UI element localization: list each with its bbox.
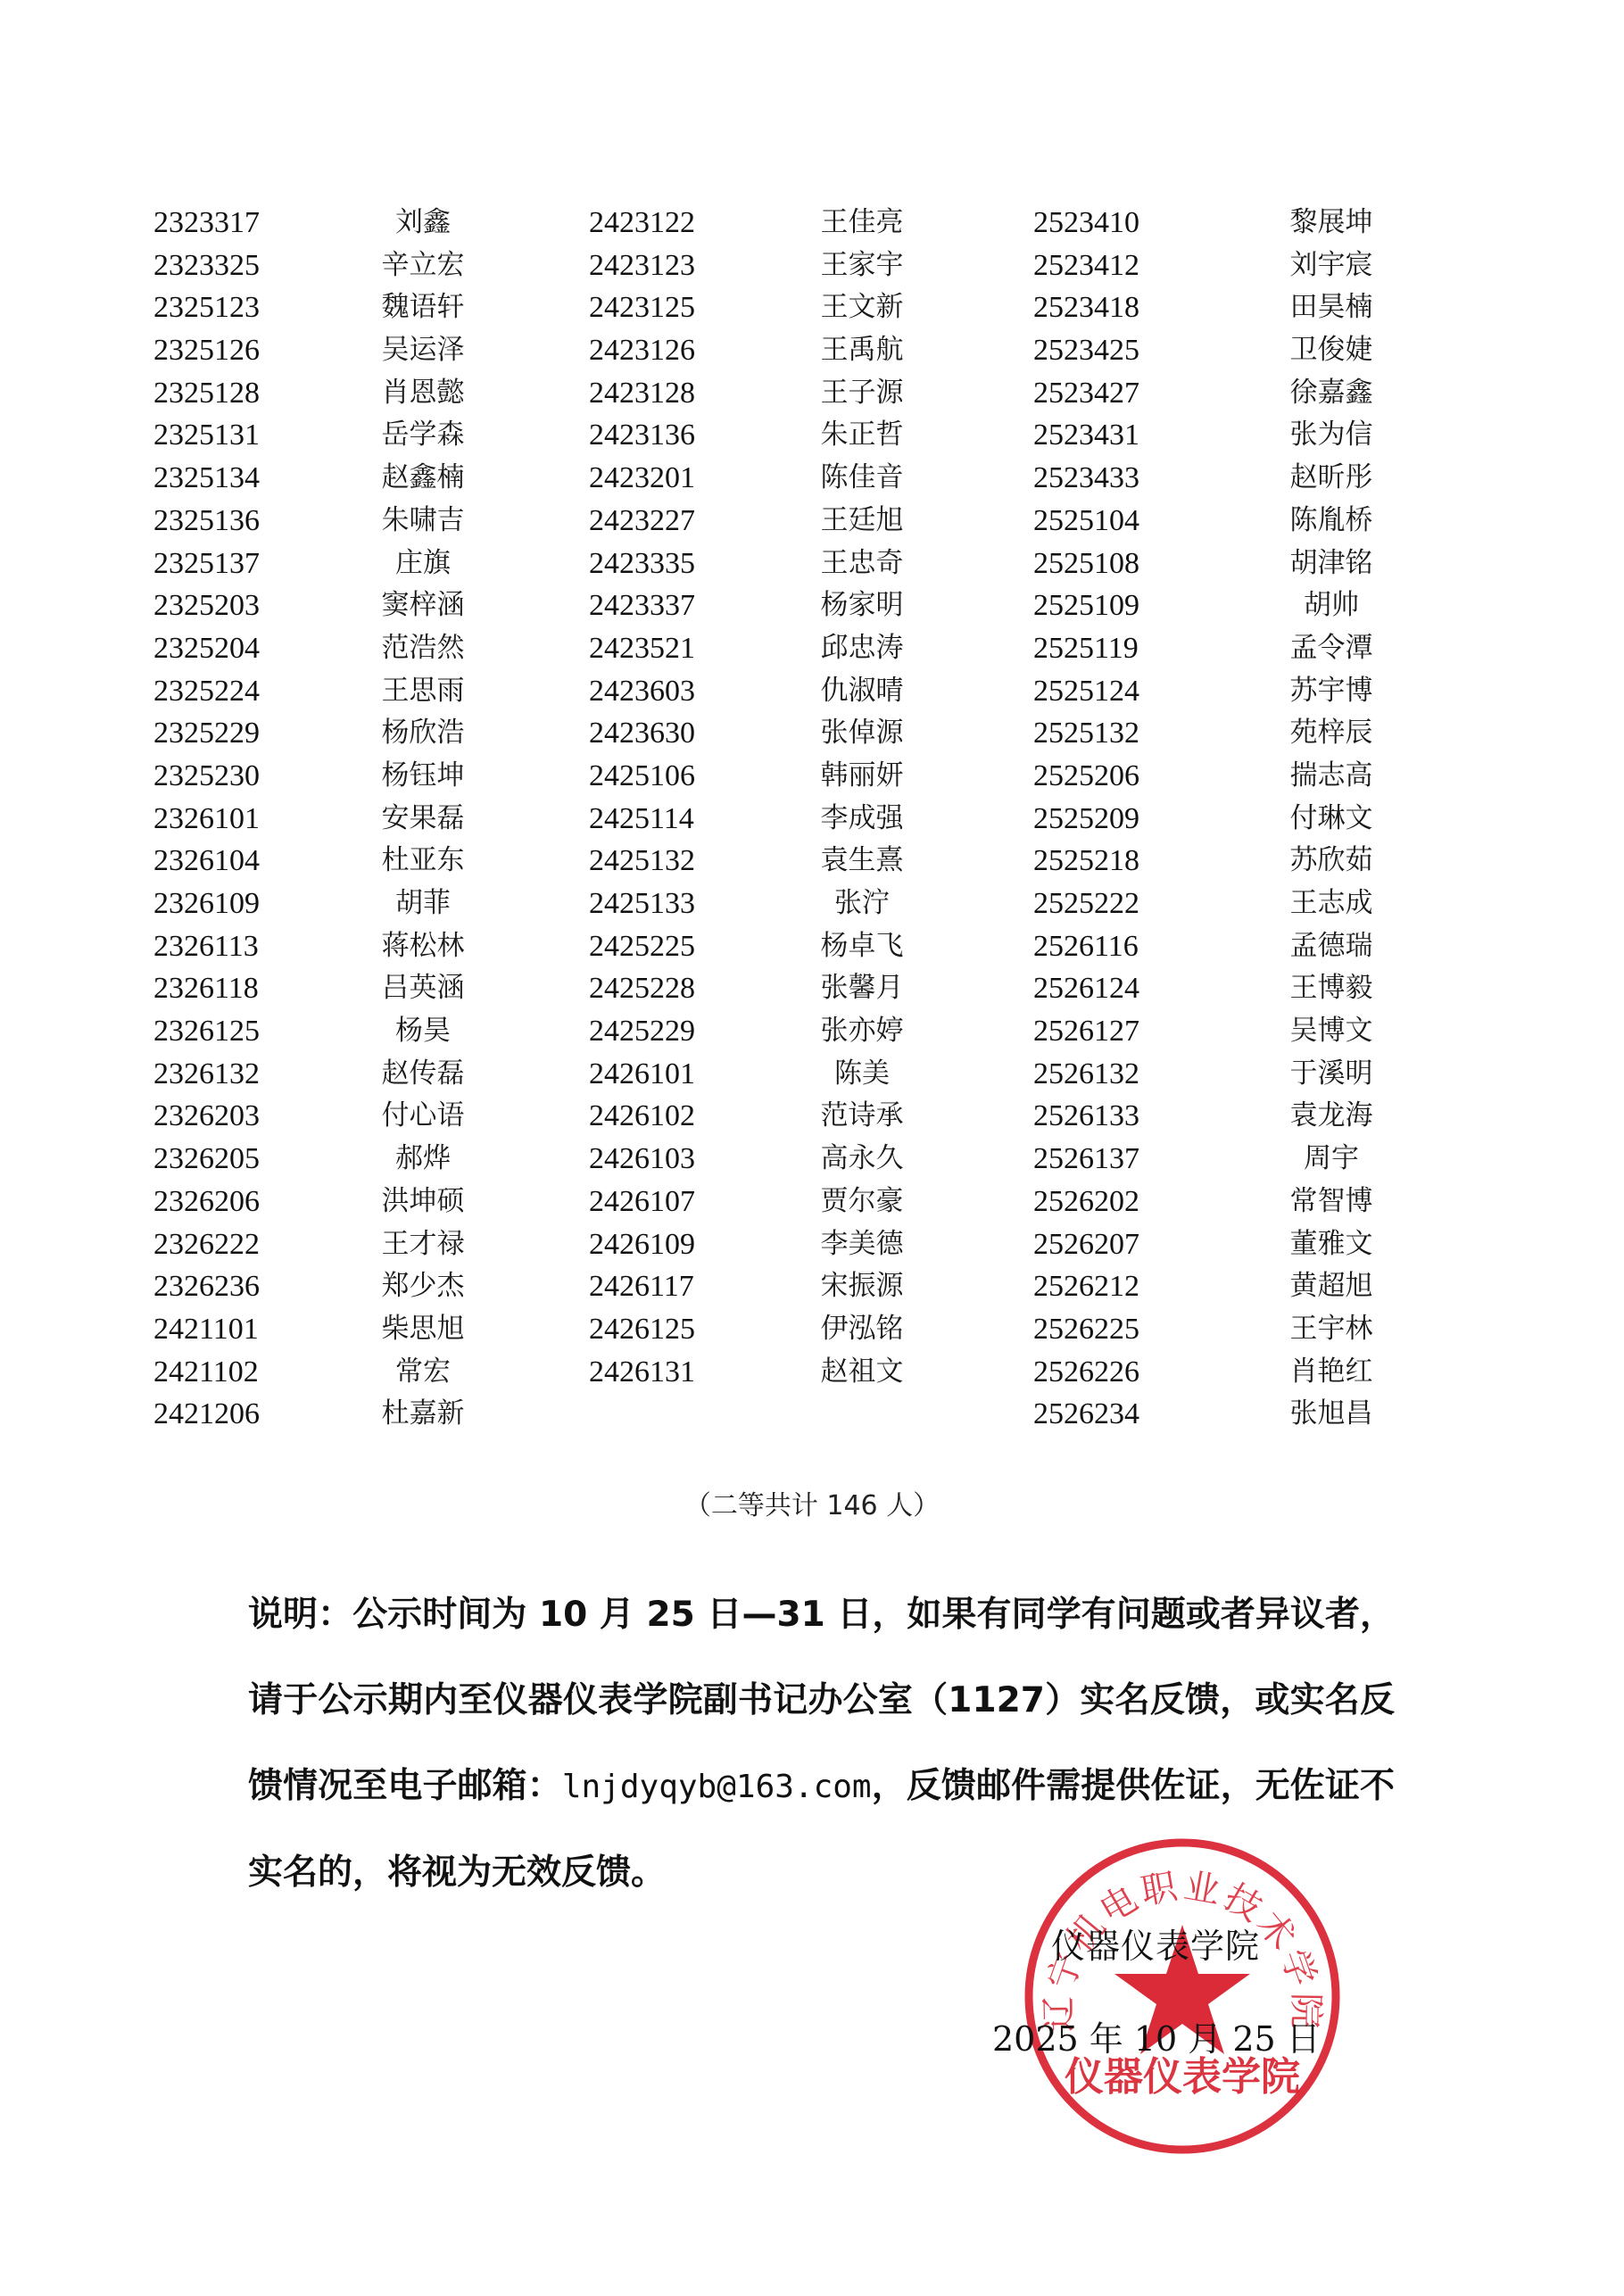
student-id: 2523425 <box>1033 329 1139 372</box>
student-name: 黎展坤 <box>1233 202 1429 245</box>
student-id: 2326113 <box>153 925 259 968</box>
student-name: 王廷旭 <box>764 500 960 543</box>
student-name: 揣志高 <box>1233 755 1429 798</box>
student-name: 张为信 <box>1233 414 1429 457</box>
student-name: 伊泓铭 <box>764 1308 960 1351</box>
student-name: 杨欣浩 <box>325 712 521 755</box>
student-name: 陈胤桥 <box>1233 500 1429 543</box>
student-name: 王博毅 <box>1233 967 1429 1010</box>
student-name: 黄超旭 <box>1233 1265 1429 1308</box>
student-id: 2423201 <box>589 457 695 500</box>
student-id: 2323325 <box>153 245 260 287</box>
svg-text:仪器仪表学院: 仪器仪表学院 <box>1065 2054 1300 2100</box>
student-id: 2325224 <box>153 670 260 713</box>
student-name: 魏语轩 <box>325 286 521 329</box>
student-name: 王文新 <box>764 286 960 329</box>
signature-organization: 仪器仪表学院 <box>1051 1919 1260 1968</box>
student-id: 2325204 <box>153 627 260 670</box>
student-id: 2525209 <box>1033 798 1139 841</box>
student-name: 于溪明 <box>1233 1053 1429 1096</box>
student-id: 2421101 <box>153 1308 259 1351</box>
student-name: 赵祖文 <box>764 1351 960 1394</box>
student-id: 2421206 <box>153 1393 260 1436</box>
student-name: 韩丽妍 <box>764 755 960 798</box>
student-id: 2423335 <box>589 543 695 585</box>
student-id: 2526124 <box>1033 967 1139 1010</box>
student-id: 2426117 <box>589 1265 694 1308</box>
student-id: 2326101 <box>153 798 260 841</box>
student-name: 仇淑晴 <box>764 670 960 713</box>
student-name: 赵昕彤 <box>1233 457 1429 500</box>
student-name: 朱啸吉 <box>325 500 521 543</box>
student-id: 2423521 <box>589 627 695 670</box>
official-seal-stamp: 辽宁机电职业技术学院 仪器仪表学院 <box>1017 1831 1347 2161</box>
student-name: 杜嘉新 <box>325 1393 521 1436</box>
student-name: 王思雨 <box>325 670 521 713</box>
student-name: 杨卓飞 <box>764 925 960 968</box>
student-id: 2326206 <box>153 1181 260 1223</box>
student-name: 安果磊 <box>325 798 521 841</box>
student-id: 2423122 <box>589 202 695 245</box>
student-id: 2425114 <box>589 798 694 841</box>
student-id: 2526226 <box>1033 1351 1139 1394</box>
student-id: 2525218 <box>1033 840 1139 883</box>
student-id: 2423128 <box>589 372 695 415</box>
student-id: 2525132 <box>1033 712 1139 755</box>
student-id: 2526132 <box>1033 1053 1139 1096</box>
student-name: 胡津铭 <box>1233 543 1429 585</box>
student-id: 2326205 <box>153 1138 260 1181</box>
student-name: 胡帅 <box>1233 584 1429 627</box>
student-id: 2526207 <box>1033 1223 1139 1266</box>
student-name: 辛立宏 <box>325 245 521 287</box>
student-name: 袁生熹 <box>764 840 960 883</box>
student-name: 胡菲 <box>325 883 521 925</box>
student-id: 2526225 <box>1033 1308 1139 1351</box>
student-id: 2426125 <box>589 1308 695 1351</box>
student-id: 2325128 <box>153 372 260 415</box>
student-id: 2326203 <box>153 1095 260 1138</box>
student-name: 周宇 <box>1233 1138 1429 1181</box>
student-name: 王佳亮 <box>764 202 960 245</box>
student-name: 吴博文 <box>1233 1010 1429 1053</box>
student-id: 2425225 <box>589 925 695 968</box>
student-id: 2425229 <box>589 1010 695 1053</box>
student-id: 2326118 <box>153 967 259 1010</box>
student-name: 张倬源 <box>764 712 960 755</box>
student-id: 2423123 <box>589 245 695 287</box>
student-id: 2326132 <box>153 1053 260 1096</box>
student-id: 2423136 <box>589 414 695 457</box>
student-id: 2425132 <box>589 840 695 883</box>
student-name: 郝烨 <box>325 1138 521 1181</box>
student-id: 2523433 <box>1033 457 1139 500</box>
total-count-label: （二等共计 146 人） <box>0 1483 1624 1522</box>
student-id: 2323317 <box>153 202 260 245</box>
student-name: 刘宇宸 <box>1233 245 1429 287</box>
student-name: 王志成 <box>1233 883 1429 925</box>
student-name: 郑少杰 <box>325 1265 521 1308</box>
student-id: 2523412 <box>1033 245 1139 287</box>
student-id: 2423126 <box>589 329 695 372</box>
feedback-email-link[interactable]: lnjdyqyb@163.com <box>562 1769 872 1805</box>
student-id: 2326236 <box>153 1265 260 1308</box>
student-name: 柴思旭 <box>325 1308 521 1351</box>
student-name: 李成强 <box>764 798 960 841</box>
student-id: 2526212 <box>1033 1265 1139 1308</box>
student-name: 苏宇博 <box>1233 670 1429 713</box>
student-id: 2526234 <box>1033 1393 1139 1436</box>
student-name: 苏欣茹 <box>1233 840 1429 883</box>
student-id: 2426102 <box>589 1095 695 1138</box>
student-name: 刘鑫 <box>325 202 521 245</box>
student-id: 2425133 <box>589 883 695 925</box>
student-name: 付琳文 <box>1233 798 1429 841</box>
student-id: 2325203 <box>153 584 260 627</box>
student-id: 2325136 <box>153 500 260 543</box>
student-id: 2526116 <box>1033 925 1139 968</box>
student-name: 洪坤硕 <box>325 1181 521 1223</box>
student-id: 2523418 <box>1033 286 1139 329</box>
student-name: 赵传磊 <box>325 1053 521 1096</box>
student-name: 赵鑫楠 <box>325 457 521 500</box>
student-id: 2423630 <box>589 712 695 755</box>
student-id: 2325229 <box>153 712 260 755</box>
student-id: 2426101 <box>589 1053 695 1096</box>
student-id: 2423125 <box>589 286 695 329</box>
student-name: 杨昊 <box>325 1010 521 1053</box>
student-name: 蒋松林 <box>325 925 521 968</box>
student-name: 苑梓辰 <box>1233 712 1429 755</box>
student-id: 2525206 <box>1033 755 1139 798</box>
student-id: 2325131 <box>153 414 260 457</box>
signature-date: 2025 年 10 月 25 日 <box>992 2011 1321 2060</box>
student-name: 孟德瑞 <box>1233 925 1429 968</box>
student-id: 2525109 <box>1033 584 1139 627</box>
student-name: 王家宇 <box>764 245 960 287</box>
student-name: 范诗承 <box>764 1095 960 1138</box>
student-id: 2421102 <box>153 1351 259 1394</box>
student-name: 孟令潭 <box>1233 627 1429 670</box>
document-page: 2323317刘鑫2323325辛立宏2325123魏语轩2325126吴运泽2… <box>0 0 1624 2296</box>
student-name: 肖艳红 <box>1233 1351 1429 1394</box>
student-id: 2326109 <box>153 883 260 925</box>
student-id: 2525222 <box>1033 883 1139 925</box>
student-id: 2526137 <box>1033 1138 1139 1181</box>
student-id: 2423337 <box>589 584 695 627</box>
student-name: 王宇林 <box>1233 1308 1429 1351</box>
student-name: 范浩然 <box>325 627 521 670</box>
student-id: 2426107 <box>589 1181 695 1223</box>
student-id: 2426109 <box>589 1223 695 1266</box>
student-name: 庄旗 <box>325 543 521 585</box>
student-id: 2325126 <box>153 329 260 372</box>
student-name: 张馨月 <box>764 967 960 1010</box>
student-id: 2426103 <box>589 1138 695 1181</box>
student-name: 吴运泽 <box>325 329 521 372</box>
student-id: 2525124 <box>1033 670 1139 713</box>
student-name: 付心语 <box>325 1095 521 1138</box>
student-name: 徐嘉鑫 <box>1233 372 1429 415</box>
student-id: 2425106 <box>589 755 695 798</box>
student-name: 肖恩懿 <box>325 372 521 415</box>
student-name: 李美德 <box>764 1223 960 1266</box>
student-id: 2525108 <box>1033 543 1139 585</box>
student-id: 2325134 <box>153 457 260 500</box>
student-name: 田昊楠 <box>1233 286 1429 329</box>
student-name: 杜亚东 <box>325 840 521 883</box>
student-name: 卫俊婕 <box>1233 329 1429 372</box>
student-name: 王子源 <box>764 372 960 415</box>
student-name: 王忠奇 <box>764 543 960 585</box>
student-name: 王才禄 <box>325 1223 521 1266</box>
student-name: 高永久 <box>764 1138 960 1181</box>
student-id: 2523427 <box>1033 372 1139 415</box>
student-id: 2326125 <box>153 1010 260 1053</box>
student-id: 2423227 <box>589 500 695 543</box>
student-id: 2325123 <box>153 286 260 329</box>
student-id: 2526127 <box>1033 1010 1139 1053</box>
student-id: 2325230 <box>153 755 260 798</box>
student-name: 袁龙海 <box>1233 1095 1429 1138</box>
student-name: 窦梓涵 <box>325 584 521 627</box>
student-name: 杨家明 <box>764 584 960 627</box>
student-id: 2525119 <box>1033 627 1139 670</box>
student-name: 陈佳音 <box>764 457 960 500</box>
student-name: 朱正哲 <box>764 414 960 457</box>
student-id: 2523410 <box>1033 202 1139 245</box>
student-name: 王禹航 <box>764 329 960 372</box>
student-name: 张旭昌 <box>1233 1393 1429 1436</box>
student-name: 董雅文 <box>1233 1223 1429 1266</box>
student-id: 2426131 <box>589 1351 695 1394</box>
student-id: 2325137 <box>153 543 260 585</box>
student-id: 2326222 <box>153 1223 260 1266</box>
student-name: 宋振源 <box>764 1265 960 1308</box>
student-name: 贾尔豪 <box>764 1181 960 1223</box>
student-name: 张泞 <box>764 883 960 925</box>
student-id: 2526202 <box>1033 1181 1139 1223</box>
student-name: 常宏 <box>325 1351 521 1394</box>
student-name: 吕英涵 <box>325 967 521 1010</box>
student-id: 2425228 <box>589 967 695 1010</box>
student-id: 2423603 <box>589 670 695 713</box>
student-name: 邱忠涛 <box>764 627 960 670</box>
student-id: 2523431 <box>1033 414 1139 457</box>
student-name: 陈美 <box>764 1053 960 1096</box>
student-name: 岳学森 <box>325 414 521 457</box>
student-name: 常智博 <box>1233 1181 1429 1223</box>
student-id: 2526133 <box>1033 1095 1139 1138</box>
student-name: 张亦婷 <box>764 1010 960 1053</box>
student-name: 杨钰坤 <box>325 755 521 798</box>
student-id: 2525104 <box>1033 500 1139 543</box>
student-id: 2326104 <box>153 840 260 883</box>
